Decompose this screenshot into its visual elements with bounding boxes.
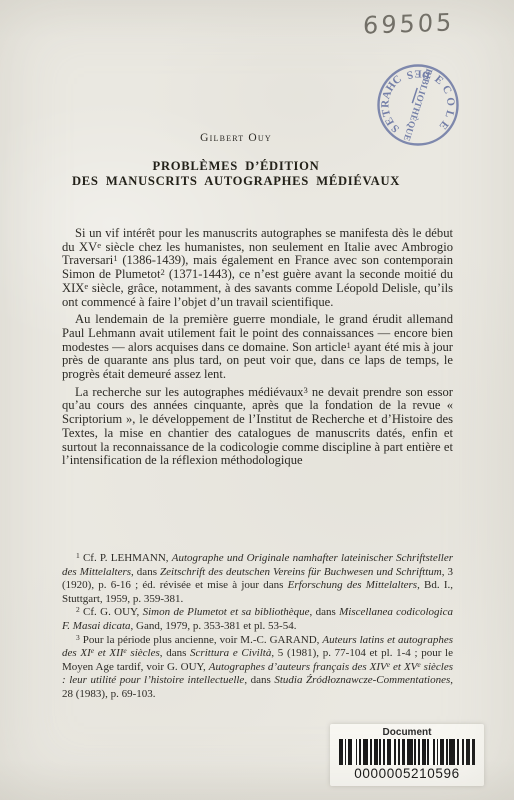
svg-text:O: O bbox=[444, 97, 457, 107]
svg-text:S: S bbox=[405, 68, 414, 81]
footnote: 2 Cf. G. OUY, Simon de Plumetot et sa bi… bbox=[62, 606, 453, 633]
body-paragraph: Au lendemain de la première guerre mondi… bbox=[62, 313, 453, 382]
heading-block: Gilbert Ouy PROBLÈMES D’ÉDITION DES MANU… bbox=[62, 132, 410, 188]
barcode-sticker: Document 0000005210596 bbox=[330, 724, 484, 786]
footnotes-block: 1 Cf. P. LEHMANN, Autographe und Origina… bbox=[62, 552, 453, 702]
article-title: PROBLÈMES D’ÉDITION DES MANUSCRITS AUTOG… bbox=[62, 159, 410, 188]
svg-text:E: E bbox=[437, 118, 451, 131]
title-line-2: DES MANUSCRITS AUTOGRAPHES MÉDIÉVAUX bbox=[72, 174, 400, 188]
svg-text:R: R bbox=[379, 99, 391, 108]
footnote: 3 Pour la période plus ancienne, voir M.… bbox=[62, 634, 453, 702]
accession-number-handwritten: 69505 bbox=[363, 8, 455, 39]
svg-text:E: E bbox=[414, 67, 421, 79]
barcode-icon bbox=[339, 739, 475, 765]
scanned-page: 69505 ECOLEDESCHARTESBIBLIOTHÈQUE Gilber… bbox=[0, 0, 514, 800]
author-name: Gilbert Ouy bbox=[62, 132, 410, 144]
body-text: Si un vif intérêt pour les manuscrits au… bbox=[62, 227, 453, 468]
title-line-1: PROBLÈMES D’ÉDITION bbox=[153, 159, 320, 173]
barcode-label: Document bbox=[383, 727, 432, 738]
svg-text:E: E bbox=[432, 73, 445, 87]
body-paragraph: La recherche sur les autographes médiéva… bbox=[62, 386, 453, 468]
svg-text:C: C bbox=[440, 83, 454, 96]
svg-text:L: L bbox=[442, 109, 456, 119]
barcode-number: 0000005210596 bbox=[354, 766, 459, 781]
footnote: 1 Cf. P. LEHMANN, Autographe und Origina… bbox=[62, 552, 453, 606]
body-paragraph: Si un vif intérêt pour les manuscrits au… bbox=[62, 227, 453, 309]
